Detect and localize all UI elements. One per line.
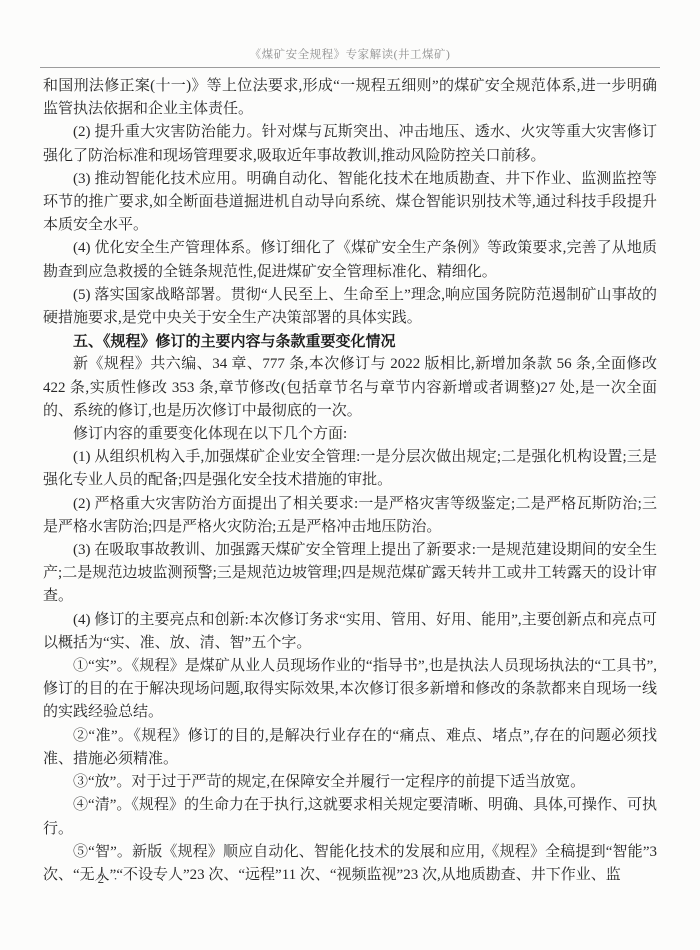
- paragraph: (5) 落实国家战略部署。贯彻“人民至上、生命至上”理念,响应国务院防范遏制矿山…: [43, 284, 657, 330]
- running-header: 《煤矿安全规程》专家解读(井工煤矿): [0, 46, 700, 62]
- paragraph: ④“清”。《规程》的生命力在于执行,这就要求相关规定要清晰、明确、具体,可操作、…: [43, 794, 657, 840]
- document-body: 和国刑法修正案(十一)》等上位法要求,形成“一规程五细则”的煤矿安全规范体系,进…: [43, 75, 657, 887]
- paragraph: 和国刑法修正案(十一)》等上位法要求,形成“一规程五细则”的煤矿安全规范体系,进…: [43, 75, 657, 121]
- paragraph: (3) 在吸取事故教训、加强露天煤矿安全管理上提出了新要求:一是规范建设期间的安…: [43, 539, 657, 609]
- paragraph: (1) 从组织机构入手,加强煤矿企业安全管理:一是分层次做出规定;二是强化机构设…: [43, 446, 657, 492]
- header-rule: [40, 67, 660, 68]
- paragraph: ①“实”。《规程》是煤矿从业人员现场作业的“指导书”,也是执法人员现场执法的“工…: [43, 655, 657, 725]
- paragraph: (3) 推动智能化技术应用。明确自动化、智能化技术在地质勘查、井下作业、监测监控…: [43, 168, 657, 238]
- paragraph: ③“放”。对于过于严苛的规定,在保障安全并履行一定程序的前提下适当放宽。: [43, 771, 657, 794]
- paragraph: 修订内容的重要变化体现在以下几个方面:: [43, 423, 657, 446]
- paragraph: ②“准”。《规程》修订的目的,是解决行业存在的“痛点、难点、堵点”,存在的问题必…: [43, 725, 657, 771]
- section-heading: 五、《规程》修订的主要内容与条款重要变化情况: [43, 330, 657, 353]
- document-page: 《煤矿安全规程》专家解读(井工煤矿) 和国刑法修正案(十一)》等上位法要求,形成…: [0, 0, 700, 950]
- paragraph: (4) 修订的主要亮点和创新:本次修订务求“实用、管用、好用、能用”,主要创新点…: [43, 609, 657, 655]
- paragraph: (2) 严格重大灾害防治方面提出了相关要求:一是严格灾害等级鉴定;二是严格瓦斯防…: [43, 493, 657, 539]
- page-number: · 2 ·: [84, 871, 121, 887]
- paragraph: ⑤“智”。新版《规程》顺应自动化、智能化技术的发展和应用,《规程》全稿提到“智能…: [43, 841, 657, 887]
- paragraph: (2) 提升重大灾害防治能力。针对煤与瓦斯突出、冲击地压、透水、火灾等重大灾害修…: [43, 121, 657, 167]
- paragraph: 新《规程》共六编、34 章、777 条,本次修订与 2022 版相比,新增加条款…: [43, 353, 657, 423]
- paragraph: (4) 优化安全生产管理体系。修订细化了《煤矿安全生产条例》等政策要求,完善了从…: [43, 237, 657, 283]
